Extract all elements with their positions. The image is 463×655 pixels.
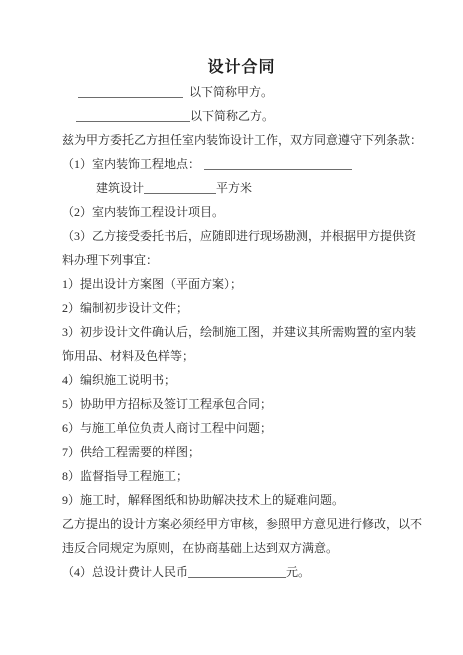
subitem-1-text: 1）提出设计方案图（平面方案）； — [62, 277, 242, 291]
party-a-label: 以下简称甲方。 — [189, 85, 273, 99]
clause-3-text-1: （3）乙方接受委托书后，应随即进行现场勘测，并根据甲方提供资 — [62, 229, 416, 243]
review-paragraph-line-1: 乙方提出的设计方案必须经甲方审核，参照甲方意见进行修改，以不 — [62, 512, 421, 536]
subitem-3-line-1: 3）初步设计文件确认后，绘制施工图，并建议其所需购置的室内装 — [62, 320, 421, 344]
clause-4-fee-line: （4）总设计费计人民币元。 — [62, 560, 421, 584]
clause-3-line-2: 料办理下列事宜： — [62, 248, 421, 272]
subitem-4-line: 4）编织施工说明书； — [62, 368, 421, 392]
intro-text: 兹为甲方委托乙方担任室内装饰设计工作，双方同意遵守下列条款： — [62, 133, 422, 147]
subitem-7-text: 7）供给工程需要的样图； — [62, 445, 200, 459]
party-a-blank-field[interactable] — [78, 84, 183, 98]
party-b-blank-field[interactable] — [76, 108, 190, 122]
subitem-2-text: 2）编制初步设计文件； — [62, 301, 188, 315]
clause-4-prefix: （4）总设计费计人民币 — [62, 565, 188, 579]
review-paragraph-line-2: 违反合同规定为原则，在协商基础上达到双方满意。 — [62, 536, 421, 560]
review-text-2: 违反合同规定为原则，在协商基础上达到双方满意。 — [62, 541, 338, 555]
clause-2-line: （2）室内装饰工程设计项目。 — [62, 200, 421, 224]
party-a-line: 以下简称甲方。 — [62, 80, 421, 104]
clause-1-area-line: 建筑设计平方米 — [62, 176, 421, 200]
subitem-1-line: 1）提出设计方案图（平面方案）； — [62, 272, 421, 296]
location-blank-field[interactable] — [204, 156, 352, 170]
subitem-6-line: 6）与施工单位负责人商讨工程中问题； — [62, 416, 421, 440]
review-text-1: 乙方提出的设计方案必须经甲方审核，参照甲方意见进行修改，以不 — [62, 517, 422, 531]
subitem-8-text: 8）监督指导工程施工； — [62, 469, 188, 483]
intro-paragraph: 兹为甲方委托乙方担任室内装饰设计工作，双方同意遵守下列条款： — [62, 128, 421, 152]
clause-3-line-1: （3）乙方接受委托书后，应随即进行现场勘测，并根据甲方提供资 — [62, 224, 421, 248]
clause-4-suffix: 元。 — [286, 565, 310, 579]
clause-1-prefix: （1）室内装饰工程地点： — [62, 157, 200, 171]
party-b-label: 以下简称乙方。 — [190, 109, 274, 123]
document-title: 设计合同 — [62, 56, 421, 80]
subitem-4-text: 4）编织施工说明书； — [62, 373, 176, 387]
subitem-9-line: 9）施工时，解释图纸和协助解决技术上的疑难问题。 — [62, 488, 421, 512]
subitem-7-line: 7）供给工程需要的样图； — [62, 440, 421, 464]
clause-3-text-2: 料办理下列事宜： — [62, 253, 158, 267]
subitem-9-text: 9）施工时，解释图纸和协助解决技术上的疑难问题。 — [62, 493, 344, 507]
subitem-3-text-2: 饰用品、材料及色样等； — [62, 349, 194, 363]
subitem-5-line: 5）协助甲方招标及签订工程承包合同； — [62, 392, 421, 416]
subitem-6-text: 6）与施工单位负责人商讨工程中问题； — [62, 421, 272, 435]
party-b-line: 以下简称乙方。 — [62, 104, 421, 128]
subitem-3-text-1: 3）初步设计文件确认后，绘制施工图，并建议其所需购置的室内装 — [62, 325, 416, 339]
clause-1-area-suffix: 平方米 — [216, 181, 252, 195]
clause-1-area-prefix: 建筑设计 — [96, 181, 144, 195]
fee-blank-field[interactable] — [188, 564, 286, 578]
clause-2-text: （2）室内装饰工程设计项目。 — [62, 205, 224, 219]
clause-1-location-line: （1）室内装饰工程地点： — [62, 152, 421, 176]
contract-page: 设计合同 以下简称甲方。 以下简称乙方。 兹为甲方委托乙方担任室内装饰设计工作，… — [0, 0, 463, 655]
subitem-8-line: 8）监督指导工程施工； — [62, 464, 421, 488]
subitem-2-line: 2）编制初步设计文件； — [62, 296, 421, 320]
subitem-3-line-2: 饰用品、材料及色样等； — [62, 344, 421, 368]
area-blank-field[interactable] — [144, 180, 216, 194]
subitem-5-text: 5）协助甲方招标及签订工程承包合同； — [62, 397, 272, 411]
